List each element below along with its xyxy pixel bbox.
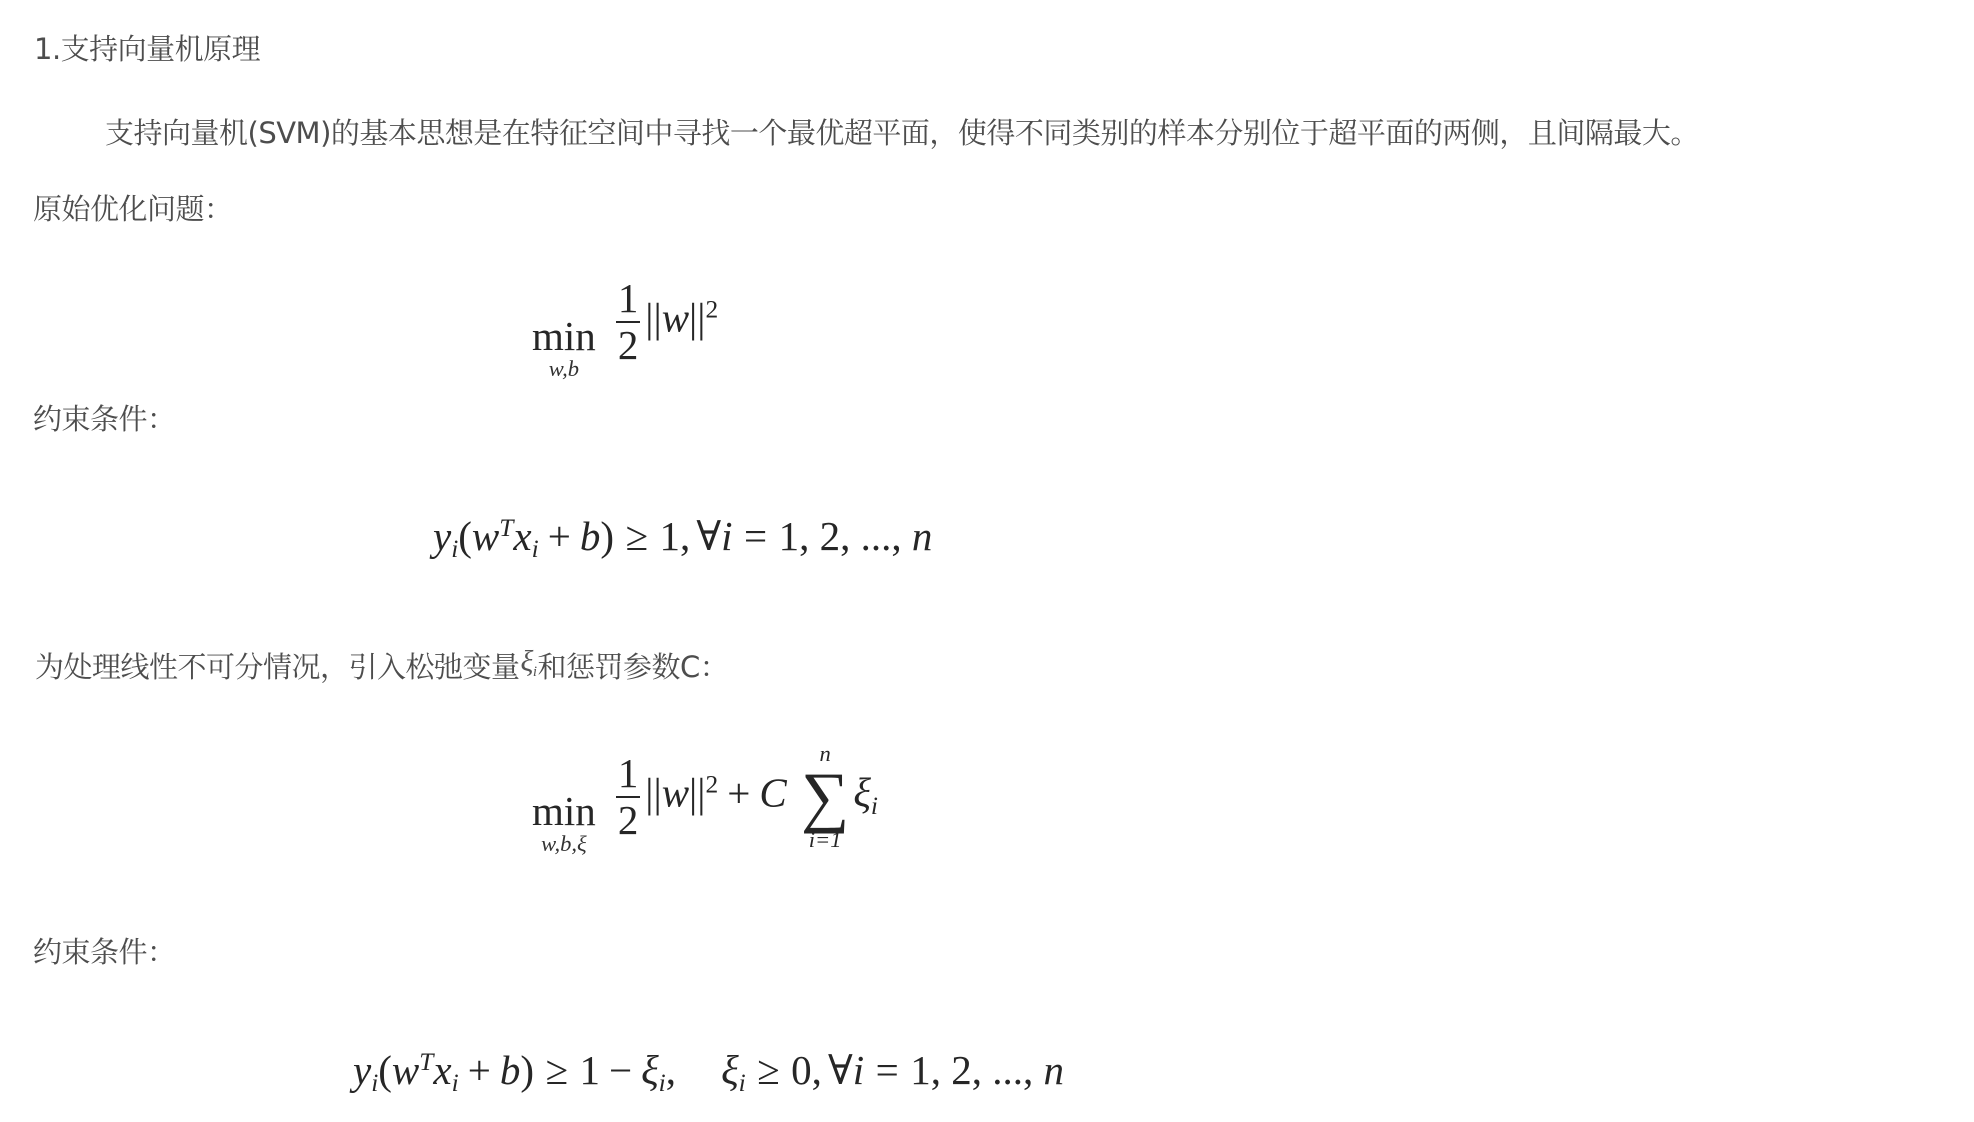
plus: + bbox=[727, 770, 750, 816]
paren-close: ) bbox=[520, 1047, 534, 1093]
norm-open: || bbox=[645, 294, 661, 340]
min-label: min bbox=[532, 316, 596, 357]
intro-paragraph: 支持向量机(SVM)的基本思想是在特征空间中寻找一个最优超平面，使得不同类别的样… bbox=[105, 113, 1699, 153]
weight-var: w bbox=[662, 294, 689, 340]
i-var: i bbox=[853, 1047, 864, 1093]
range: 1, 2, ..., bbox=[910, 1047, 1043, 1093]
min-operator: min w,b,ξ bbox=[532, 791, 596, 857]
xi-var: ξ bbox=[853, 770, 871, 816]
fraction-denominator: 2 bbox=[616, 800, 641, 841]
xi-subscript-2: i bbox=[739, 1069, 746, 1097]
norm-close: || bbox=[689, 770, 705, 816]
min-operator: min w,b bbox=[532, 316, 596, 382]
comma: , bbox=[666, 1047, 676, 1093]
paren-close: ) bbox=[600, 513, 614, 559]
norm-close: || bbox=[689, 294, 705, 340]
x-var: x bbox=[433, 1047, 451, 1093]
w-var: w bbox=[472, 513, 499, 559]
y-var: y bbox=[433, 513, 451, 559]
zero: 0, bbox=[791, 1047, 822, 1093]
paren-open: ( bbox=[458, 513, 472, 559]
plus: + bbox=[548, 513, 571, 559]
fraction-half: 1 2 bbox=[616, 753, 641, 841]
w-var: w bbox=[392, 1047, 419, 1093]
rhs: 1, bbox=[659, 513, 690, 559]
constraint-label-2: 约束条件： bbox=[33, 932, 176, 972]
xi-var: ξ bbox=[641, 1047, 659, 1093]
soft-margin-label-after: 和惩罚参数C： bbox=[538, 650, 729, 684]
section-title: 1.支持向量机原理 bbox=[34, 29, 260, 69]
power: 2 bbox=[705, 295, 718, 323]
xi-subscript: i bbox=[871, 792, 878, 820]
forall: ∀ bbox=[828, 1047, 853, 1093]
primal-problem-label: 原始优化问题： bbox=[33, 189, 233, 229]
sum-lower-limit: i=1 bbox=[809, 828, 842, 853]
minus: − bbox=[609, 1047, 632, 1093]
geq: ≥ bbox=[545, 1047, 568, 1093]
y-var: y bbox=[353, 1047, 371, 1093]
soft-margin-label-before: 为处理线性不可分情况，引入松弛变量 bbox=[35, 650, 520, 684]
primal-constraint-formula: yi(wTxi+b)≥1,∀i=1, 2, ..., n bbox=[433, 516, 932, 563]
range: 1, 2, ..., bbox=[779, 513, 912, 559]
geq: ≥ bbox=[625, 513, 648, 559]
xi: ξ bbox=[521, 645, 533, 678]
transpose: T bbox=[419, 1048, 433, 1076]
fraction-half: 1 2 bbox=[616, 278, 641, 366]
paren-open: ( bbox=[378, 1047, 392, 1093]
fraction-numerator: 1 bbox=[616, 278, 641, 319]
xi-var-2: ξ bbox=[721, 1047, 739, 1093]
equals: = bbox=[744, 513, 767, 559]
equals: = bbox=[876, 1047, 899, 1093]
geq-2: ≥ bbox=[757, 1047, 780, 1093]
xi-subscript: i bbox=[659, 1069, 666, 1097]
forall: ∀ bbox=[696, 513, 721, 559]
one: 1 bbox=[579, 1047, 600, 1093]
power: 2 bbox=[705, 771, 718, 799]
norm-open: || bbox=[645, 770, 661, 816]
sigma-symbol: ∑ bbox=[801, 767, 849, 828]
constraint-label-1: 约束条件： bbox=[33, 399, 176, 439]
primal-objective-formula: min w,b 1 2 ||w||2 bbox=[532, 278, 718, 382]
min-subscript: w,b bbox=[549, 357, 579, 382]
xi-subscript: i bbox=[533, 664, 537, 680]
x-subscript: i bbox=[532, 535, 539, 563]
soft-margin-objective-formula: min w,b,ξ 1 2 ||w||2+C n ∑ i=1 ξi bbox=[532, 742, 878, 857]
min-subscript: w,b,ξ bbox=[541, 832, 587, 857]
i-var: i bbox=[721, 513, 732, 559]
transpose: T bbox=[499, 514, 513, 542]
x-subscript: i bbox=[452, 1069, 459, 1097]
plus: + bbox=[468, 1047, 491, 1093]
inline-xi-symbol: ξi bbox=[521, 642, 537, 692]
summation: n ∑ i=1 bbox=[801, 742, 849, 852]
weight-var: w bbox=[662, 770, 689, 816]
soft-margin-constraint-formula: yi(wTxi+b)≥1−ξi,ξi≥0,∀i=1, 2, ..., n bbox=[353, 1050, 1064, 1097]
x-var: x bbox=[513, 513, 531, 559]
soft-margin-label: 为处理线性不可分情况，引入松弛变量ξi和惩罚参数C： bbox=[35, 642, 728, 692]
n-var: n bbox=[1044, 1047, 1065, 1093]
b-var: b bbox=[500, 1047, 521, 1093]
fraction-numerator: 1 bbox=[616, 753, 641, 794]
fraction-denominator: 2 bbox=[616, 325, 641, 366]
b-var: b bbox=[580, 513, 601, 559]
penalty-c: C bbox=[759, 770, 786, 816]
min-label: min bbox=[532, 791, 596, 832]
n-var: n bbox=[912, 513, 933, 559]
